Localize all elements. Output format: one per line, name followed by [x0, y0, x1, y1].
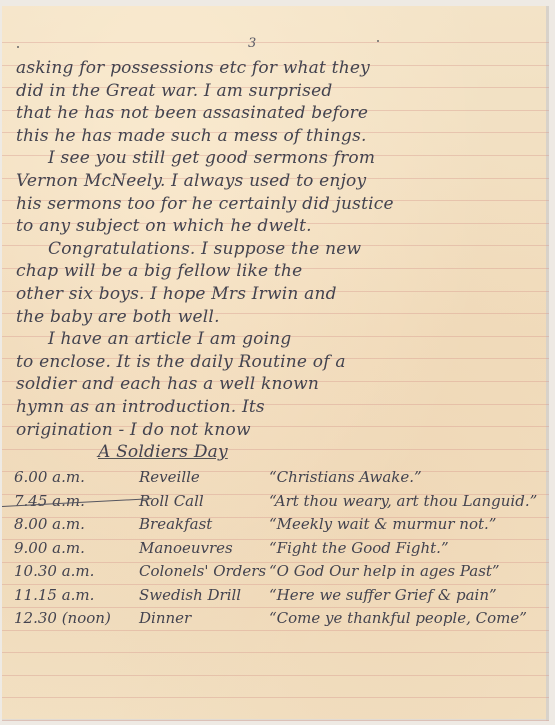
letter-page: 3 asking for possessions etc for what th… — [2, 6, 549, 721]
letter-line: I have an article I am going — [48, 329, 535, 349]
letter-line: his sermons too for he certainly did jus… — [16, 194, 535, 214]
schedule-time: 12.30 (noon) — [14, 609, 111, 627]
schedule-row: 9.00 a.m.Manoeuvres“Fight the Good Fight… — [14, 539, 541, 561]
letter-line: asking for possessions etc for what they — [16, 58, 535, 78]
letter-line: Congratulations. I suppose the new — [48, 239, 535, 259]
letter-line: to enclose. It is the daily Routine of a — [16, 352, 535, 372]
ink-speck — [17, 46, 19, 48]
ink-speck — [377, 40, 379, 42]
schedule-time: 10.30 a.m. — [14, 562, 94, 580]
letter-line: chap will be a big fellow like the — [16, 261, 535, 281]
page-number: 3 — [248, 36, 256, 51]
ruled-line — [2, 675, 549, 676]
ruled-line — [2, 652, 549, 653]
letter-line: origination - I do not know — [16, 420, 535, 440]
letter-line: I see you still get good sermons from — [48, 148, 535, 168]
ruled-line — [2, 42, 549, 43]
letter-line: that he has not been assasinated before — [16, 103, 535, 123]
schedule-title-text: A Soldiers Day — [98, 442, 228, 462]
schedule-activity: Breakfast — [139, 515, 212, 533]
schedule-time: 9.00 a.m. — [14, 539, 85, 557]
schedule-time: 11.15 a.m. — [14, 586, 94, 604]
letter-line: soldier and each has a well known — [16, 374, 535, 394]
letter-line: did in the Great war. I am surprised — [16, 81, 535, 101]
schedule-time: 7.45 a.m. — [14, 492, 85, 510]
schedule-time: 8.00 a.m. — [14, 515, 85, 533]
letter-line: this he has made such a mess of things. — [16, 126, 535, 146]
schedule-time: 6.00 a.m. — [14, 468, 85, 486]
schedule-hymn: “Fight the Good Fight.” — [269, 539, 449, 557]
schedule-hymn: “Come ye thankful people, Come” — [269, 609, 527, 627]
schedule-title: A Soldiers Day — [98, 442, 535, 462]
schedule-row: 11.15 a.m.Swedish Drill“Here we suffer G… — [14, 586, 541, 608]
letter-line: hymn as an introduction. Its — [16, 397, 535, 417]
letter-line: other six boys. I hope Mrs Irwin and — [16, 284, 535, 304]
schedule-activity: Manoeuvres — [139, 539, 233, 557]
schedule-hymn: “Art thou weary, art thou Languid.” — [269, 492, 537, 510]
schedule-activity: Roll Call — [139, 492, 204, 510]
schedule-hymn: “Meekly wait & murmur not.” — [269, 515, 496, 533]
schedule-activity: Reveille — [139, 468, 200, 486]
schedule-activity: Dinner — [139, 609, 191, 627]
schedule-row: 12.30 (noon)Dinner“Come ye thankful peop… — [14, 609, 541, 631]
schedule-row: 8.00 a.m.Breakfast“Meekly wait & murmur … — [14, 515, 541, 537]
letter-line: the baby are both well. — [16, 307, 535, 327]
schedule-activity: Swedish Drill — [139, 586, 241, 604]
schedule-hymn: “O God Our help in ages Past” — [269, 562, 500, 580]
letter-line: Vernon McNeely. I always used to enjoy — [16, 171, 535, 191]
schedule-row: 6.00 a.m.Reveille“Christians Awake.” — [14, 468, 541, 490]
schedule-hymn: “Here we suffer Grief & pain” — [269, 586, 497, 604]
ruled-line — [2, 697, 549, 698]
schedule-row: 10.30 a.m.Colonels' Orders“O God Our hel… — [14, 562, 541, 584]
schedule-hymn: “Christians Awake.” — [269, 468, 422, 486]
ruled-line — [2, 720, 549, 721]
letter-line: to any subject on which he dwelt. — [16, 216, 535, 236]
schedule-row: 7.45 a.m.Roll Call“Art thou weary, art t… — [14, 492, 541, 514]
schedule-activity: Colonels' Orders — [139, 562, 266, 580]
